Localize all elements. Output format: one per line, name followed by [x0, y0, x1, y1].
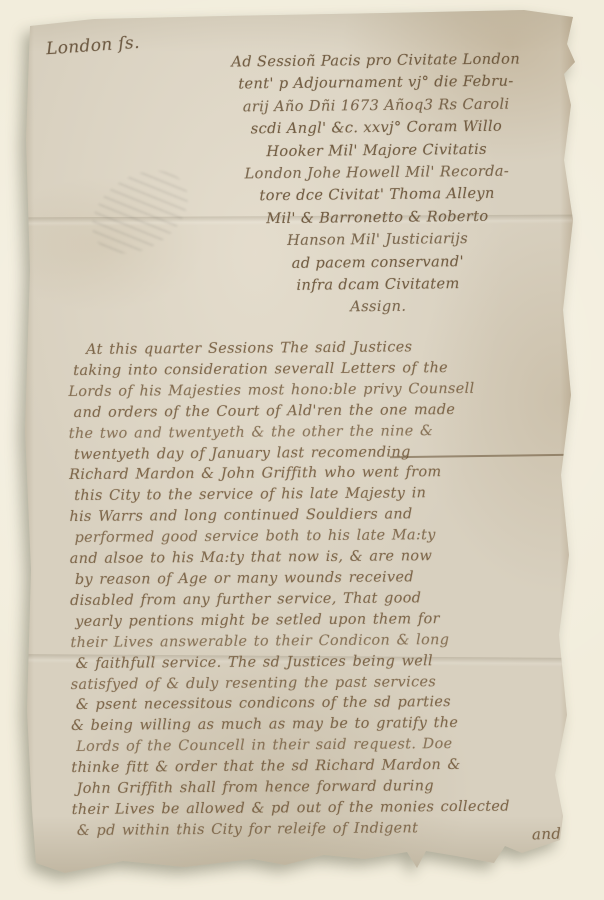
body-line: Lords of his Majesties most hono:ble pri… [68, 378, 582, 403]
manuscript-scan: London ſs. Ad Sessioñ Pacis pro Civitate… [0, 0, 604, 900]
body-line: performed good service both to his late … [75, 524, 584, 549]
heading-line: arij Año Dñi 1673 Añoq3 Rs Caroli [171, 93, 581, 120]
body-line: satisfyed of & duly resenting the past s… [71, 670, 585, 695]
heading-block: Ad Sessioñ Pacis pro Civitate London ten… [171, 48, 584, 321]
body-paragraph: At this quarter Sessions The said Justic… [68, 336, 586, 842]
body-line: their Lives answerable to their Condicon… [70, 629, 584, 654]
body-line: Lords of the Councell in their said requ… [76, 733, 585, 758]
paper-shadow-wrap: London ſs. Ad Sessioñ Pacis pro Civitate… [24, 10, 576, 878]
heading-line: London Johe Howell Mil' Recorda- [172, 160, 582, 187]
catchword: and [532, 824, 562, 843]
heading-line: Hanson Mil' Justiciarijs [172, 227, 582, 254]
marginalia-london: London ſs. [45, 33, 140, 59]
body-line: the two and twentyeth & the other the ni… [69, 420, 583, 445]
heading-line: Assign. [173, 294, 583, 321]
manuscript-page: London ſs. Ad Sessioñ Pacis pro Civitate… [24, 10, 576, 878]
body-line: & pd within this City for releife of Ind… [77, 817, 586, 842]
